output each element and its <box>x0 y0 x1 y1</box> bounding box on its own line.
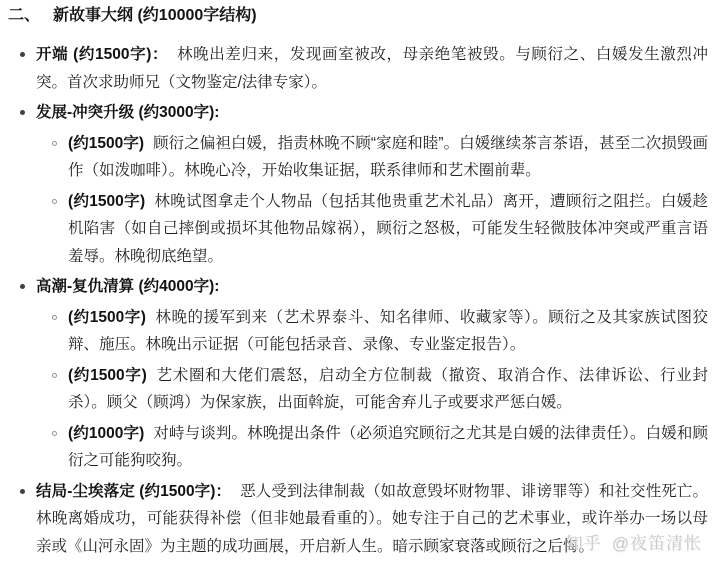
bullet-dot-icon <box>20 52 25 57</box>
outline-item-text: 艺术圈和大佬们震怒，启动全方位制裁（撤资、取消合作、法律诉讼、行业封杀）。顾父（… <box>68 367 708 412</box>
outline-item-label: (约1000字) <box>68 425 144 442</box>
outline-item: (约1000字)对峙与谈判。林晚提出条件（必须追究顾衍之尤其是白媛的法律责任）。… <box>8 420 708 475</box>
watermark: 知乎@夜笛清怅 <box>566 529 702 554</box>
outline-item-label: (约1500字) <box>68 135 144 152</box>
bullet-dot-icon <box>20 489 25 494</box>
outline-item: 发展-冲突升级 (约3000字): <box>8 99 708 127</box>
section-number: 二、 <box>8 7 40 24</box>
outline-item: 开端 (约1500字)：林晚出差归来，发现画室被改，母亲绝笔被毁。与顾衍之、白媛… <box>8 41 708 96</box>
zhihu-brand-text: 知乎 <box>566 534 602 553</box>
outline-item-text: 顾衍之偏袒白媛，指责林晚不顾“家庭和睦”。白媛继续茶言茶语，甚至二次损毁画作（如… <box>68 135 708 180</box>
outline-item: (约1500字)林晚的援军到来（艺术界泰斗、知名律师、收藏家等）。顾衍之及其家族… <box>8 304 708 359</box>
outline-item-label: 开端 (约1500字)： <box>36 46 168 63</box>
bullet-dot-icon <box>20 110 25 115</box>
bullet-circle-icon <box>52 431 57 436</box>
outline-item-text: 对峙与谈判。林晚提出条件（必须追究顾衍之尤其是白媛的法律责任）。白媛和顾衍之可能… <box>68 425 708 470</box>
outline-item-label: 高潮-复仇清算 (约4000字): <box>36 278 219 295</box>
outline-item-label: 发展-冲突升级 (约3000字): <box>36 104 219 121</box>
outline-item: (约1500字)林晚试图拿走个人物品（包括其他贵重艺术礼品）离开，遭顾衍之阻拦。… <box>8 188 708 271</box>
outline-item-text: 林晚的援军到来（艺术界泰斗、知名律师、收藏家等）。顾衍之及其家族试图狡辩、施压。… <box>68 309 708 354</box>
bullet-circle-icon <box>52 141 57 146</box>
outline-item-text: 林晚试图拿走个人物品（包括其他贵重艺术礼品）离开，遭顾衍之阻拦。白媛趁机陷害（如… <box>68 193 708 265</box>
outline-item-label: (约1500字) <box>68 309 146 326</box>
outline-item-label: (约1500字) <box>68 367 147 384</box>
bullet-circle-icon <box>52 373 57 378</box>
watermark-username: @夜笛清怅 <box>612 534 702 553</box>
bullet-circle-icon <box>52 199 57 204</box>
outline-item: (约1500字)顾衍之偏袒白媛，指责林晚不顾“家庭和睦”。白媛继续茶言茶语，甚至… <box>8 130 708 185</box>
bullet-dot-icon <box>20 284 25 289</box>
document-body: 二、新故事大纲 (约10000字结构) 开端 (约1500字)：林晚出差归来，发… <box>0 0 720 560</box>
outline-item-label: (约1500字) <box>68 193 145 210</box>
section-heading: 二、新故事大纲 (约10000字结构) <box>8 5 708 27</box>
bullet-circle-icon <box>52 315 57 320</box>
outline-item: 高潮-复仇清算 (约4000字): <box>8 273 708 301</box>
section-title: 新故事大纲 (约10000字结构) <box>53 7 257 24</box>
outline-item-label: 结局-尘埃落定 (约1500字)： <box>36 483 231 500</box>
outline-list: 开端 (约1500字)：林晚出差归来，发现画室被改，母亲绝笔被毁。与顾衍之、白媛… <box>8 41 708 560</box>
outline-item: (约1500字)艺术圈和大佬们震怒，启动全方位制裁（撤资、取消合作、法律诉讼、行… <box>8 362 708 417</box>
